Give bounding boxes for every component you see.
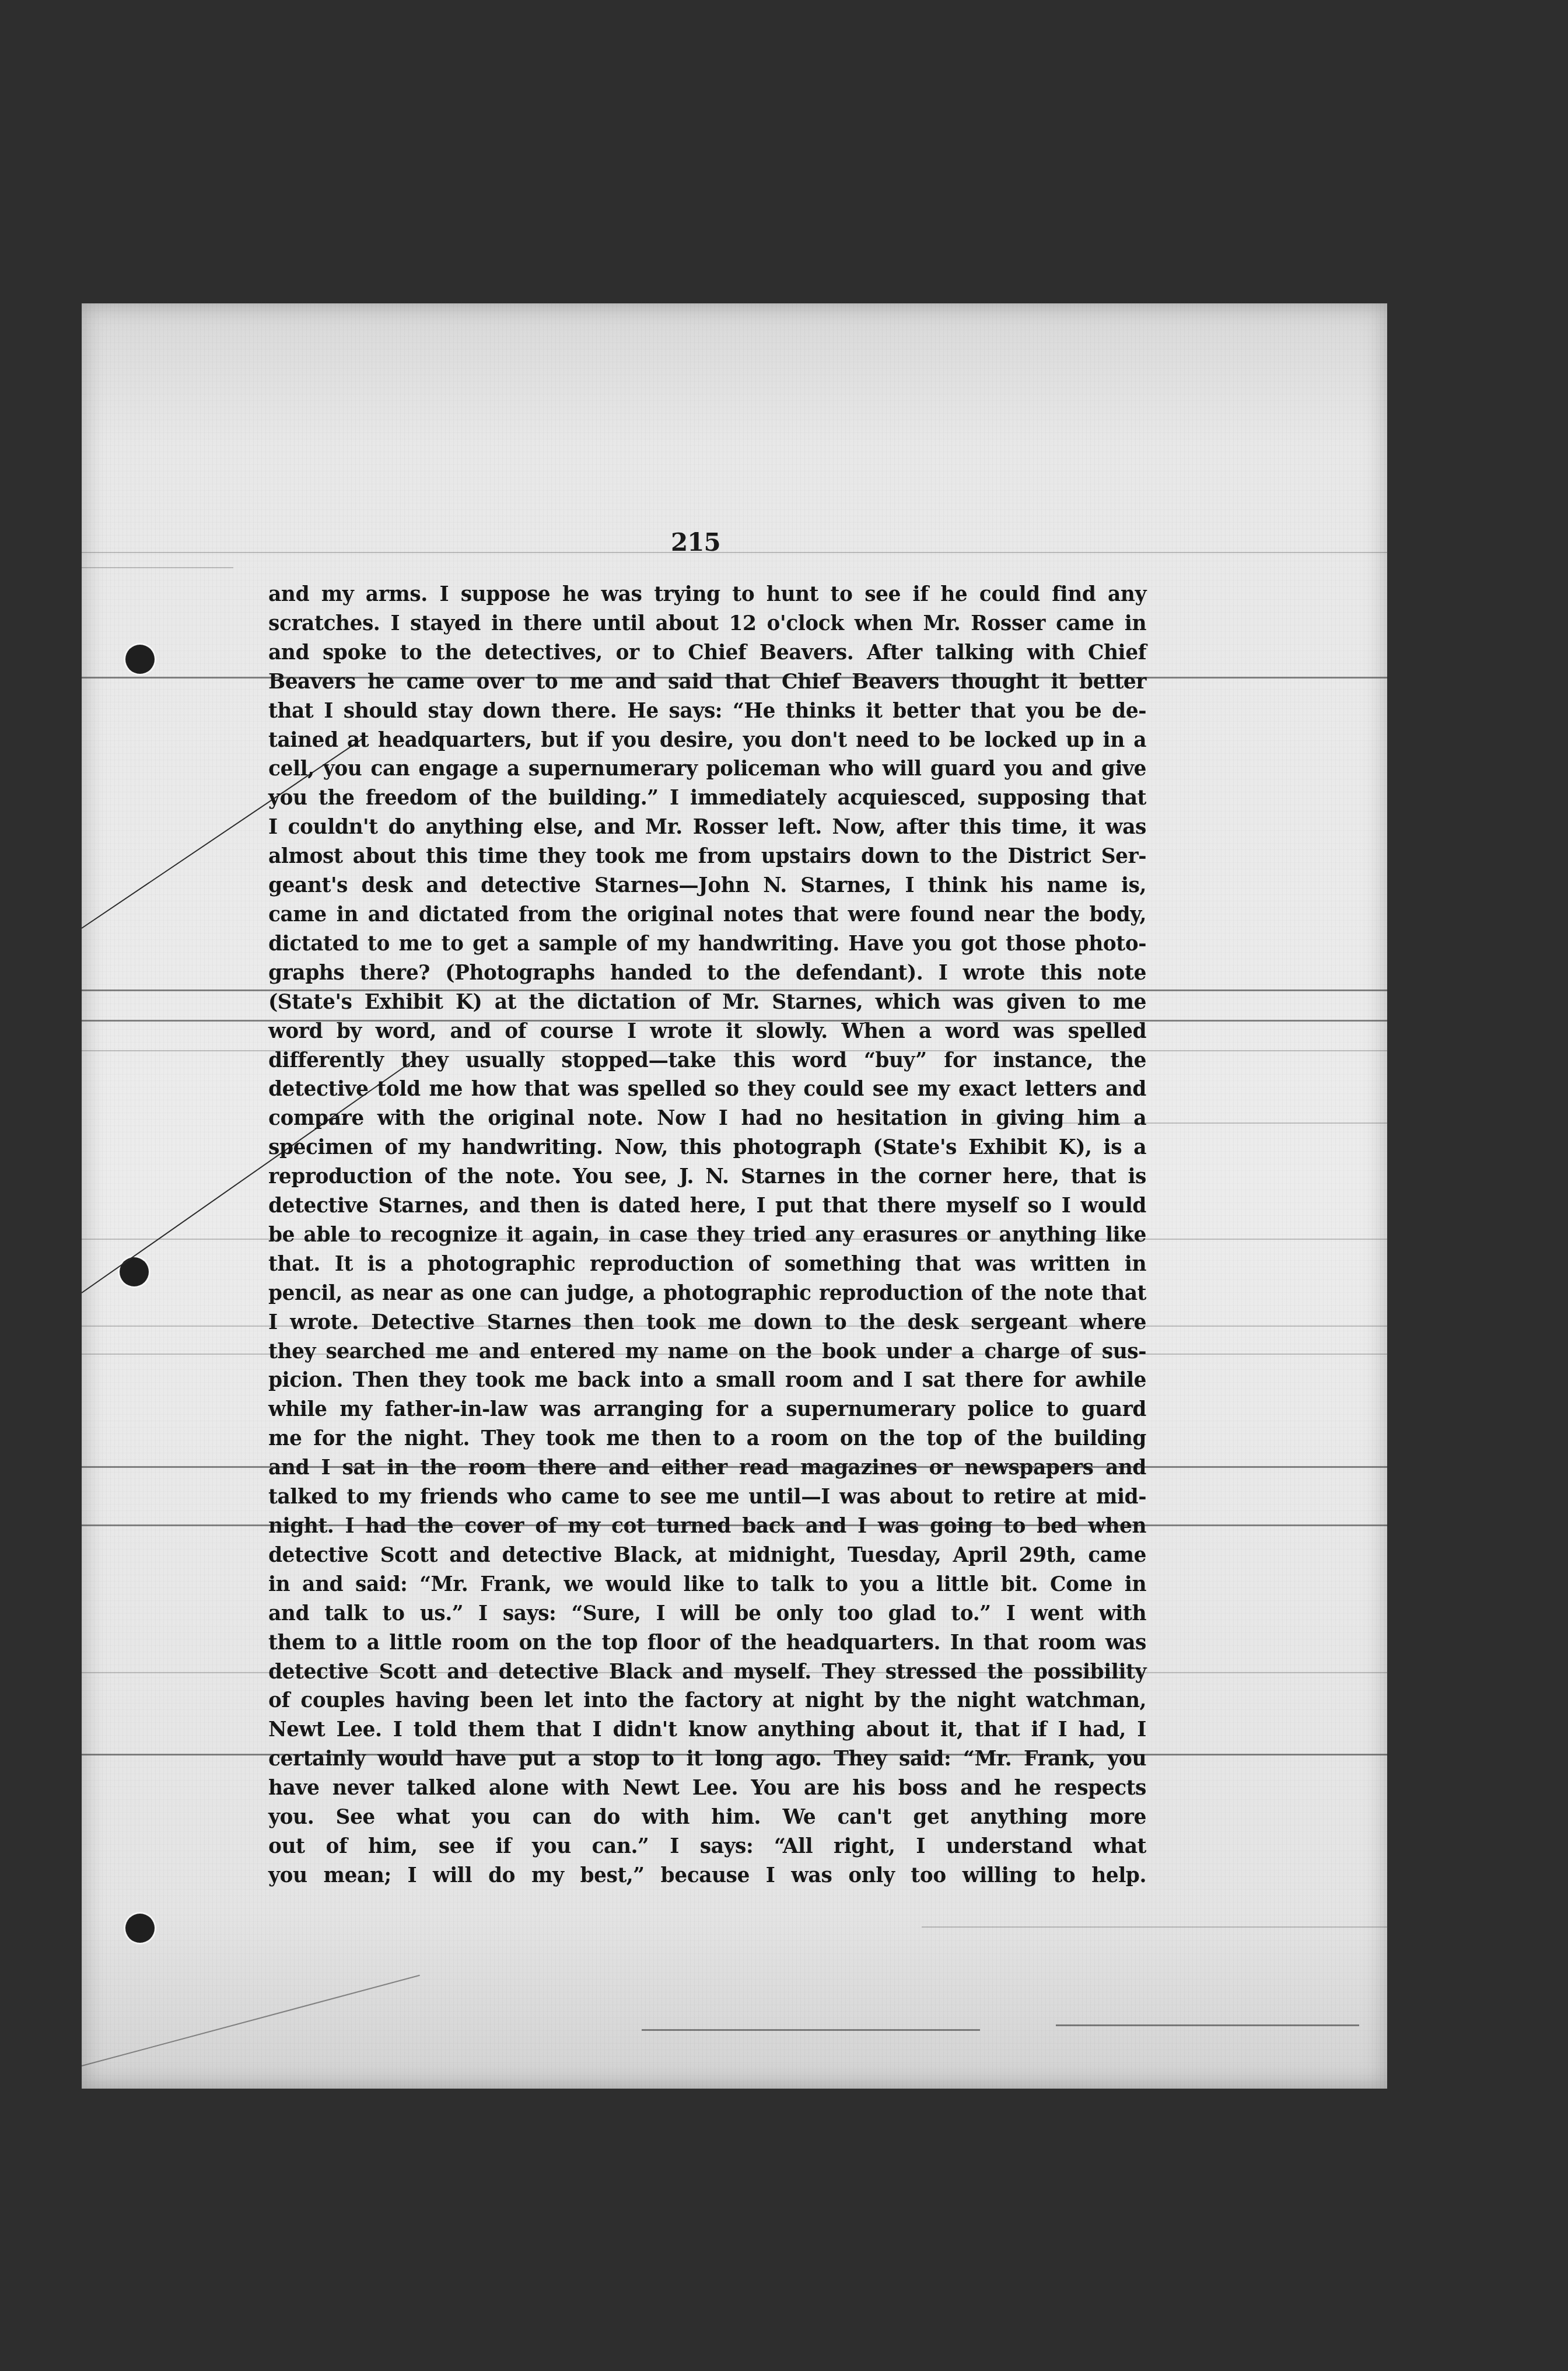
text-line: and talk to us.” I says: “Sure, I will b… [268,1600,1146,1629]
text-line: Beavers he came over to me and said that… [268,668,1146,697]
text-line: almost about this time they took me from… [268,842,1146,872]
text-line: scratches. I stayed in there until about… [268,610,1146,639]
text-line: detective Scott and detective Black and … [268,1658,1146,1687]
text-line: detective told me how that was spelled s… [268,1075,1146,1104]
punch-hole-bottom [125,1914,155,1943]
scratch-line [1056,2024,1359,2026]
text-line: geant's desk and detective Starnes—John … [268,872,1146,901]
text-line: them to a little room on the top floor o… [268,1629,1146,1658]
text-line: night. I had the cover of my cot turned … [268,1512,1146,1541]
scratch-line [642,2029,980,2031]
text-line: graphs there? (Photographs handed to the… [268,959,1146,988]
text-line: tained at headquarters, but if you desir… [268,726,1146,756]
page-number: 215 [671,528,720,557]
text-line: out of him, see if you can.” I says: “Al… [268,1833,1146,1862]
text-line: Newt Lee. I told them that I didn't know… [268,1716,1146,1745]
text-line: detective Scott and detective Black, at … [268,1541,1146,1571]
scratch-line [82,567,233,568]
text-line: I wrote. Detective Starnes then took me … [268,1309,1146,1338]
text-line: and spoke to the detectives, or to Chief… [268,639,1146,668]
text-line: while my father-in-law was arranging for… [268,1396,1146,1425]
scratch-line [922,1926,1388,1928]
text-line: I couldn't do anything else, and Mr. Ros… [268,813,1146,842]
text-line: came in and dictated from the original n… [268,901,1146,930]
text-line: you the freedom of the building.” I imme… [268,784,1146,813]
text-line: picion. Then they took me back into a sm… [268,1366,1146,1396]
text-line: certainly would have put a stop to it lo… [268,1745,1146,1774]
text-line: they searched me and entered my name on … [268,1338,1146,1367]
text-line: specimen of my handwriting. Now, this ph… [268,1134,1146,1163]
text-line: that. It is a photographic reproduction … [268,1250,1146,1279]
text-line: and my arms. I suppose he was trying to … [268,580,1146,610]
text-line: reproduction of the note. You see, J. N.… [268,1163,1146,1192]
text-line: differently they usually stopped—take th… [268,1047,1146,1076]
text-line: pencil, as near as one can judge, a phot… [268,1279,1146,1309]
testimony-text: and my arms. I suppose he was trying to … [268,580,1146,1891]
text-line: be able to recognize it again, in case t… [268,1221,1146,1250]
text-line: cell, you can engage a supernumerary pol… [268,755,1146,784]
text-line: in and said: “Mr. Frank, we would like t… [268,1571,1146,1600]
punch-hole-top [125,645,155,674]
text-line: that I should stay down there. He says: … [268,697,1146,726]
text-line: you. See what you can do with him. We ca… [268,1803,1146,1833]
text-line: dictated to me to get a sample of my han… [268,930,1146,959]
text-line: of couples having been let into the fact… [268,1687,1146,1716]
text-line: me for the night. They took me then to a… [268,1425,1146,1454]
text-line: have never talked alone with Newt Lee. Y… [268,1774,1146,1803]
text-line: you mean; I will do my best,” because I … [268,1862,1146,1891]
text-line: word by word, and of course I wrote it s… [268,1017,1146,1047]
text-line: and I sat in the room there and either r… [268,1454,1146,1483]
text-line: (State's Exhibit K) at the dictation of … [268,988,1146,1017]
text-line: talked to my friends who came to see me … [268,1483,1146,1512]
text-line: compare with the original note. Now I ha… [268,1104,1146,1134]
scratch-line [82,552,1388,553]
text-line: detective Starnes, and then is dated her… [268,1192,1146,1221]
